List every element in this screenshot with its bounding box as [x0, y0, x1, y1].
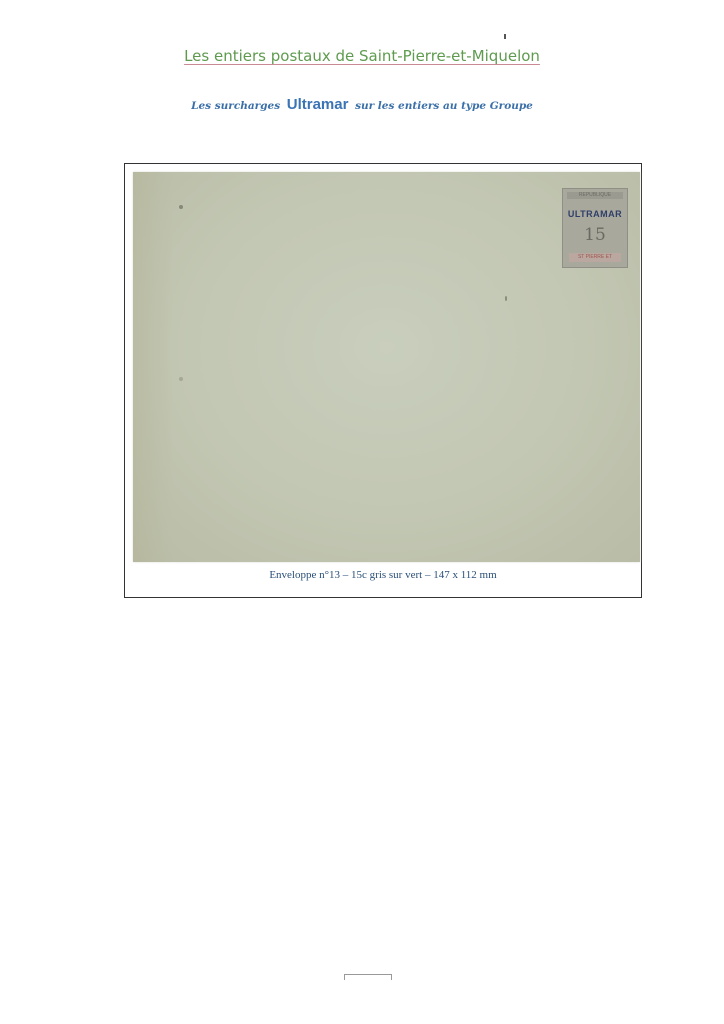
item-caption: Enveloppe n°13 – 15c gris sur vert – 147… — [125, 569, 641, 581]
blemish-mark — [505, 296, 507, 301]
subtitle-suffix: sur les entiers au type Groupe — [355, 100, 533, 112]
stamp-top-text: REPUBLIQUE FRANÇAISE — [567, 192, 623, 199]
page-subtitle: Les surcharges Ultramar sur les entiers … — [0, 96, 724, 113]
page-title-text: Les entiers postaux de Saint-Pierre-et-M… — [184, 47, 540, 65]
subtitle-highlight: Ultramar — [287, 96, 349, 113]
subtitle-prefix: Les surcharges — [191, 100, 280, 112]
stamp-overprint: ULTRAMAR — [563, 209, 627, 219]
page-title: Les entiers postaux de Saint-Pierre-et-M… — [0, 47, 724, 65]
stamp-bottom-text: ST PIERRE ET MIQUELON — [569, 253, 621, 262]
scan-mark — [504, 34, 506, 39]
page-footer-mark — [344, 974, 392, 980]
envelope-image: REPUBLIQUE FRANÇAISE ULTRAMAR 15 ST PIER… — [133, 172, 640, 562]
blemish-mark — [179, 205, 183, 209]
stamp-value: 15 — [563, 225, 627, 245]
blemish-mark — [179, 377, 183, 381]
stamp-imprint: REPUBLIQUE FRANÇAISE ULTRAMAR 15 ST PIER… — [562, 188, 628, 268]
item-frame: REPUBLIQUE FRANÇAISE ULTRAMAR 15 ST PIER… — [124, 163, 642, 598]
